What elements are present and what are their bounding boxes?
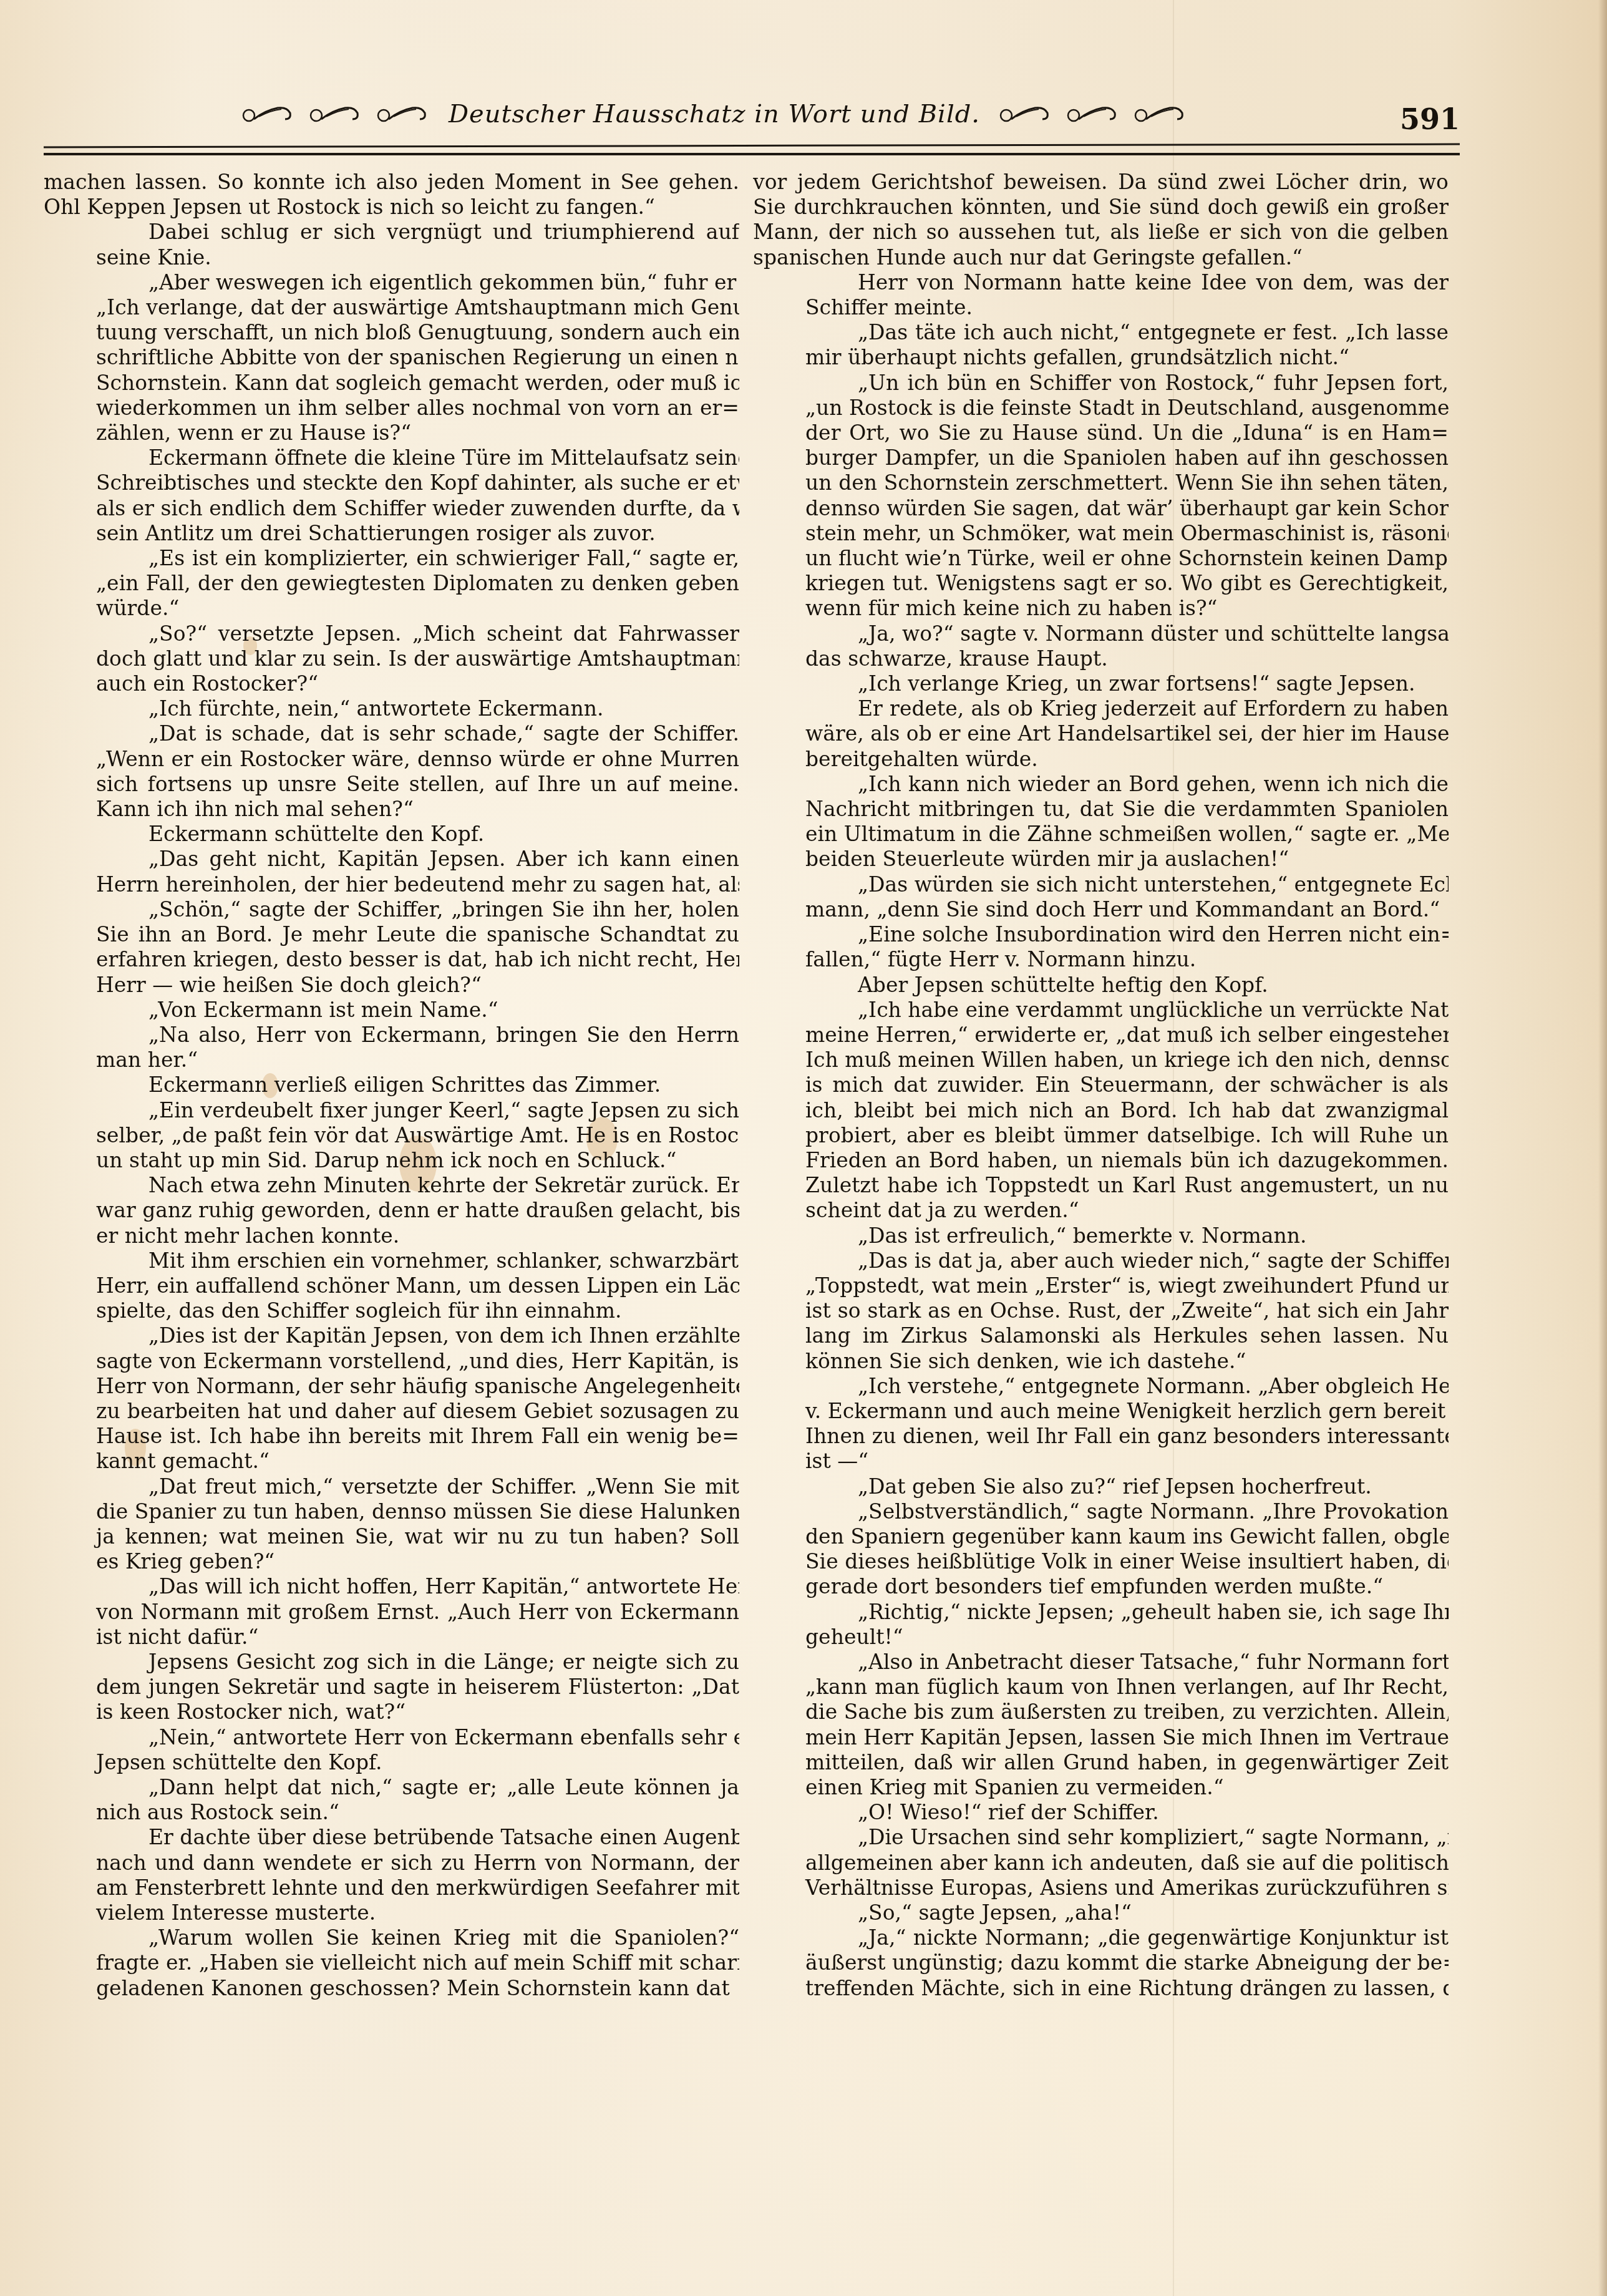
paragraph: „Warum wollen Sie keinen Krieg mit die S… [44, 1925, 739, 2001]
text-line: ein Ultimatum in die Zähne schmeißen wol… [753, 822, 1449, 847]
text-line: mann, „denn Sie sind doch Herr und Komma… [753, 897, 1449, 922]
text-line: Kann ich ihn nich mal sehen?“ [44, 797, 739, 822]
paragraph: machen lassen. So konnte ich also jeden … [44, 170, 739, 220]
text-line: die Spanier zu tun haben, dennso müssen … [44, 1499, 739, 1524]
paragraph: „Die Ursachen sind sehr kompliziert,“ sa… [753, 1825, 1449, 1900]
text-line: Herrn hereinholen, der hier bedeutend me… [44, 872, 739, 897]
text-line: kriegen tut. Wenigstens sagt er so. Wo g… [753, 571, 1449, 596]
text-line: „So,“ sagte Jepsen, „aha!“ [753, 1900, 1449, 1925]
paragraph: „Aber weswegen ich eigentlich gekommen b… [44, 270, 739, 445]
paragraph: Herr von Normann hatte keine Idee von de… [753, 270, 1449, 320]
text-line: Schiffer meinte. [753, 295, 1449, 320]
floral-scroll-ornament-icon [240, 102, 296, 127]
text-line: spanischen Hunde auch nur dat Geringste … [753, 245, 1449, 270]
text-line: Jepsens Gesicht zog sich in die Länge; e… [44, 1650, 739, 1675]
ornament-group-right [998, 102, 1188, 127]
text-line: würde.“ [44, 596, 739, 621]
text-line: von Normann mit großem Ernst. „Auch Herr… [44, 1600, 739, 1625]
paragraph: Er dachte über diese betrübende Tatsache… [44, 1825, 739, 1925]
text-line: Ich muß meinen Willen haben, un kriege i… [753, 1048, 1449, 1073]
paragraph: „Das will ich nicht hoffen, Herr Kapitän… [44, 1574, 739, 1650]
text-line: „Schön,“ sagte der Schiffer, „bringen Si… [44, 897, 739, 922]
text-line: sich fortsens up unsre Seite stellen, au… [44, 772, 739, 797]
paragraph: „Das geht nicht, Kapitän Jepsen. Aber ic… [44, 847, 739, 897]
text-line: burger Dampfer, un die Spaniolen haben a… [753, 445, 1449, 470]
text-line: äußerst ungünstig; dazu kommt die starke… [753, 1950, 1449, 1975]
paragraph: „Na also, Herr von Eckermann, bringen Si… [44, 1023, 739, 1073]
paragraph: „Ich kann nich wieder an Bord gehen, wen… [753, 772, 1449, 872]
text-line: „Richtig,“ nickte Jepsen; „geheult haben… [753, 1600, 1449, 1625]
paragraph: „Das würden sie sich nicht unterstehen,“… [753, 872, 1449, 922]
text-line: mir überhaupt nichts gefallen, grundsätz… [753, 345, 1449, 370]
paragraph: „Von Eckermann ist mein Name.“ [44, 998, 739, 1023]
text-line: „Warum wollen Sie keinen Krieg mit die S… [44, 1925, 739, 1950]
text-line: „Das ist erfreulich,“ bemerkte v. Norman… [753, 1223, 1449, 1248]
text-line: wenn für mich keine nich zu haben is?“ [753, 596, 1449, 621]
text-line: fallen,“ fügte Herr v. Normann hinzu. [753, 947, 1449, 972]
text-line: sagte von Eckermann vorstellend, „und di… [44, 1349, 739, 1374]
text-line: es Krieg geben?“ [44, 1549, 739, 1574]
paragraph: „Selbstverständlich,“ sagte Normann. „Ih… [753, 1499, 1449, 1600]
text-line: „Ich habe eine verdammt unglückliche un … [753, 998, 1449, 1023]
text-line: Dabei schlug er sich vergnügt und triump… [44, 220, 739, 245]
text-line: Sie durchkrauchen könnten, und Sie sünd … [753, 195, 1449, 220]
paragraph: „Richtig,“ nickte Jepsen; „geheult haben… [753, 1600, 1449, 1650]
paragraph: „Ja,“ nickte Normann; „die gegenwärtige … [753, 1925, 1449, 2001]
paragraph: „Ich fürchte, nein,“ antwortete Eckerman… [44, 696, 739, 721]
text-line: Nach etwa zehn Minuten kehrte der Sekret… [44, 1173, 739, 1198]
text-line: „Das täte ich auch nicht,“ entgegnete er… [753, 320, 1449, 345]
page-edge-shadow [1598, 0, 1607, 2296]
text-line: am Fensterbrett lehnte und den merkwürdi… [44, 1875, 739, 1900]
text-line: sein Antlitz um drei Schattierungen rosi… [44, 521, 739, 546]
text-line: zählen, wenn er zu Hause is?“ [44, 421, 739, 445]
text-line: ist so stark as en Ochse. Rust, der „Zwe… [753, 1298, 1449, 1323]
paragraph: „Es ist ein komplizierter, ein schwierig… [44, 546, 739, 621]
text-line: Er redete, als ob Krieg jederzeit auf Er… [753, 696, 1449, 721]
text-line: „Dat is schade, dat is sehr schade,“ sag… [44, 721, 739, 746]
floral-scroll-ornament-icon [375, 102, 431, 127]
text-line: schriftliche Abbitte von der spanischen … [44, 345, 739, 370]
text-line: Schornstein. Kann dat sogleich gemacht w… [44, 371, 739, 396]
text-line: mitteilen, daß wir allen Grund haben, in… [753, 1750, 1449, 1775]
text-line: „Dat freut mich,“ versetzte der Schiffer… [44, 1474, 739, 1499]
text-line: erfahren kriegen, desto besser is dat, h… [44, 947, 739, 972]
paragraph: vor jedem Gerichtshof beweisen. Da sünd … [753, 170, 1449, 270]
text-line: zu bearbeiten hat und daher auf diesem G… [44, 1399, 739, 1424]
paragraph: „Dies ist der Kapitän Jepsen, von dem ic… [44, 1323, 739, 1474]
text-line: Herr, ein auffallend schöner Mann, um de… [44, 1273, 739, 1298]
header-title-row: Deutscher Hausschatz in Wort und Bild. [44, 100, 1385, 129]
text-line: bereitgehalten würde. [753, 747, 1449, 772]
text-line: Zuletzt habe ich Toppstedt un Karl Rust … [753, 1173, 1449, 1198]
text-line: lang im Zirkus Salamonski als Herkules s… [753, 1323, 1449, 1348]
text-line: „Ich kann nich wieder an Bord gehen, wen… [753, 772, 1449, 797]
text-line: Verhältnisse Europas, Asiens und Amerika… [753, 1875, 1449, 1900]
text-line: als er sich endlich dem Schiffer wieder … [44, 496, 739, 521]
text-line: „Ein verdeubelt fixer junger Keerl,“ sag… [44, 1098, 739, 1123]
text-line: is mich dat zuwider. Ein Steuermann, der… [753, 1073, 1449, 1097]
text-line: ist —“ [753, 1449, 1449, 1474]
paragraph: „Ich habe eine verdammt unglückliche un … [753, 998, 1449, 1223]
text-line: „Wenn er ein Rostocker wäre, dennso würd… [44, 747, 739, 772]
text-line: seine Knie. [44, 245, 739, 270]
floral-scroll-ornament-icon [1065, 102, 1121, 127]
text-line: man her.“ [44, 1048, 739, 1073]
paragraph: Eckermann öffnete die kleine Türe im Mit… [44, 445, 739, 546]
text-line: mein Herr Kapitän Jepsen, lassen Sie mic… [753, 1725, 1449, 1750]
text-line: treffenden Mächte, sich in eine Richtung… [753, 1976, 1449, 2001]
text-line: „Also in Anbetracht dieser Tatsache,“ fu… [753, 1650, 1449, 1675]
text-line: „O! Wieso!“ rief der Schiffer. [753, 1800, 1449, 1825]
text-line: das schwarze, krause Haupt. [753, 646, 1449, 671]
text-line: „Aber weswegen ich eigentlich gekommen b… [44, 270, 739, 295]
text-line: Jepsen schüttelte den Kopf. [44, 1750, 739, 1775]
text-line: „Selbstverständlich,“ sagte Normann. „Ih… [753, 1499, 1449, 1524]
text-line: Mann, der nich so aussehen tut, als ließ… [753, 220, 1449, 245]
text-line: geheult!“ [753, 1625, 1449, 1650]
text-line: „Ja,“ nickte Normann; „die gegenwärtige … [753, 1925, 1449, 1950]
floral-scroll-ornament-icon [998, 102, 1054, 127]
text-line: Nachricht mitbringen tu, dat Sie die ver… [753, 797, 1449, 822]
paragraph: „So,“ sagte Jepsen, „aha!“ [753, 1900, 1449, 1925]
text-line: machen lassen. So konnte ich also jeden … [44, 170, 739, 195]
floral-scroll-ornament-icon [1132, 102, 1188, 127]
paragraph: „Das is dat ja, aber auch wieder nich,“ … [753, 1248, 1449, 1374]
text-line: war ganz ruhig geworden, denn er hatte d… [44, 1198, 739, 1223]
paragraph: Aber Jepsen schüttelte heftig den Kopf. [753, 973, 1449, 998]
paragraph: „Eine solche Insubordination wird den He… [753, 922, 1449, 972]
text-line: vor jedem Gerichtshof beweisen. Da sünd … [753, 170, 1449, 195]
text-line: „Ich verstehe,“ entgegnete Normann. „Abe… [753, 1374, 1449, 1399]
text-line: „Das is dat ja, aber auch wieder nich,“ … [753, 1248, 1449, 1273]
text-line: spielte, das den Schiffer sogleich für i… [44, 1298, 739, 1323]
header-rule-thick [44, 153, 1460, 155]
text-line: vielem Interesse musterte. [44, 1900, 739, 1925]
paragraph: „Ich verlange Krieg, un zwar fortsens!“ … [753, 671, 1449, 696]
text-line: „Na also, Herr von Eckermann, bringen Si… [44, 1023, 739, 1048]
publication-title: Deutscher Hausschatz in Wort und Bild. [449, 100, 980, 129]
text-line: „Dies ist der Kapitän Jepsen, von dem ic… [44, 1323, 739, 1348]
text-line: Aber Jepsen schüttelte heftig den Kopf. [753, 973, 1449, 998]
text-line: der Ort, wo Sie zu Hause sünd. Un die „I… [753, 421, 1449, 445]
text-line: beiden Steuerleute würden mir ja auslach… [753, 847, 1449, 872]
paragraph: „Das ist erfreulich,“ bemerkte v. Norman… [753, 1223, 1449, 1248]
text-line: Ihnen zu dienen, weil Ihr Fall ein ganz … [753, 1424, 1449, 1449]
text-line: „Die Ursachen sind sehr kompliziert,“ sa… [753, 1825, 1449, 1850]
text-line: dem jungen Sekretär und sagte in heisere… [44, 1675, 739, 1700]
paragraph: „Dann helpt dat nich,“ sagte er; „alle L… [44, 1775, 739, 1825]
text-line: können Sie sich denken, wie ich dastehe.… [753, 1349, 1449, 1374]
text-line: „Nein,“ antwortete Herr von Eckermann eb… [44, 1725, 739, 1750]
text-line: Frieden an Bord haben, un niemals bün ic… [753, 1148, 1449, 1173]
text-line: auch ein Rostocker?“ [44, 671, 739, 696]
paragraph: „Nein,“ antwortete Herr von Eckermann eb… [44, 1725, 739, 1775]
paragraph: „Ich verstehe,“ entgegnete Normann. „Abe… [753, 1374, 1449, 1474]
text-line: probiert, aber es bleibt ümmer datselbig… [753, 1123, 1449, 1148]
text-line: die Sache bis zum äußersten zu treiben, … [753, 1700, 1449, 1724]
text-line: „Ich fürchte, nein,“ antwortete Eckerman… [44, 696, 739, 721]
text-line: gerade dort besonders tief empfunden wer… [753, 1574, 1449, 1599]
text-line: „Ja, wo?“ sagte v. Normann düster und sc… [753, 621, 1449, 646]
text-line: Herr von Normann hatte keine Idee von de… [753, 270, 1449, 295]
text-line: er nicht mehr lachen konnte. [44, 1223, 739, 1248]
text-line: nich aus Rostock sein.“ [44, 1800, 739, 1825]
paragraph: Jepsens Gesicht zog sich in die Länge; e… [44, 1650, 739, 1725]
text-line: selber, „de paßt fein vör dat Auswärtige… [44, 1123, 739, 1148]
text-line: scheint dat ja zu werden.“ [753, 1198, 1449, 1223]
text-line: stein mehr, un Schmöker, wat mein Oberma… [753, 521, 1449, 546]
text-line: Schreibtisches und steckte den Kopf dahi… [44, 470, 739, 495]
text-line: „Toppstedt, wat mein „Erster“ is, wiegt … [753, 1273, 1449, 1298]
text-line: ja kennen; wat meinen Sie, wat wir nu zu… [44, 1524, 739, 1549]
text-line: „Es ist ein komplizierter, ein schwierig… [44, 546, 739, 571]
text-line: geladenen Kanonen geschossen? Mein Schor… [44, 1976, 739, 2001]
text-line: Mit ihm erschien ein vornehmer, schlanke… [44, 1248, 739, 1273]
paragraph: „Ja, wo?“ sagte v. Normann düster und sc… [753, 621, 1449, 671]
text-line: fragte er. „Haben sie vielleicht nich au… [44, 1950, 739, 1975]
text-line: Herr von Normann, der sehr häufig spanis… [44, 1374, 739, 1399]
header-rule-thin [44, 143, 1460, 148]
text-line: „kann man füglich kaum von Ihnen verlang… [753, 1675, 1449, 1700]
text-line: den Spaniern gegenüber kann kaum ins Gew… [753, 1524, 1449, 1549]
running-header: Deutscher Hausschatz in Wort und Bild. 5… [44, 94, 1460, 156]
text-line: „Eine solche Insubordination wird den He… [753, 922, 1449, 947]
text-line: Sie ihn an Bord. Je mehr Leute die spani… [44, 922, 739, 947]
text-line: „Ich verlange Krieg, un zwar fortsens!“ … [753, 671, 1449, 696]
text-line: un staht up min Sid. Darup nehm ick noch… [44, 1148, 739, 1173]
paragraph: Nach etwa zehn Minuten kehrte der Sekret… [44, 1173, 739, 1248]
paragraph: Er redete, als ob Krieg jederzeit auf Er… [753, 696, 1449, 772]
paragraph: „Das täte ich auch nicht,“ entgegnete er… [753, 320, 1449, 370]
paragraph: „Schön,“ sagte der Schiffer, „bringen Si… [44, 897, 739, 998]
text-line: un den Schornstein zerschmettert. Wenn S… [753, 470, 1449, 495]
text-line: allgemeinen aber kann ich andeuten, daß … [753, 1851, 1449, 1875]
text-line: Herr — wie heißen Sie doch gleich?“ [44, 973, 739, 998]
paragraph: Eckermann verließ eiligen Schrittes das … [44, 1073, 739, 1097]
paragraph: „O! Wieso!“ rief der Schiffer. [753, 1800, 1449, 1825]
text-line: „Un ich bün en Schiffer von Rostock,“ fu… [753, 371, 1449, 396]
paragraph: „Ein verdeubelt fixer junger Keerl,“ sag… [44, 1098, 739, 1174]
text-line: nach und dann wendete er sich zu Herrn v… [44, 1851, 739, 1875]
text-line: dennso würden Sie sagen, dat wär’ überha… [753, 496, 1449, 521]
text-line: un flucht wie’n Türke, weil er ohne Scho… [753, 546, 1449, 571]
paragraph: „Dat is schade, dat is sehr schade,“ sag… [44, 721, 739, 822]
text-line: ich, bleibt bei mich nich an Bord. Ich h… [753, 1098, 1449, 1123]
paragraph: „Un ich bün en Schiffer von Rostock,“ fu… [753, 371, 1449, 621]
text-line: kannt gemacht.“ [44, 1449, 739, 1474]
floral-scroll-ornament-icon [308, 102, 364, 127]
text-line: „So?“ versetzte Jepsen. „Mich scheint da… [44, 621, 739, 646]
text-line: tuung verschafft, un nich bloß Genugtuun… [44, 320, 739, 345]
text-line: Er dachte über diese betrübende Tatsache… [44, 1825, 739, 1850]
page-number: 591 [1400, 102, 1460, 136]
ornament-group-left [240, 102, 431, 127]
text-line: Eckermann schüttelte den Kopf. [44, 822, 739, 847]
text-line: ist nicht dafür.“ [44, 1625, 739, 1650]
text-line: Ohl Keppen Jepsen ut Rostock is nich so … [44, 195, 739, 220]
text-line: „un Rostock is die feinste Stadt in Deut… [753, 396, 1449, 421]
text-column-left: machen lassen. So konnte ich also jeden … [44, 170, 739, 2001]
text-line: Sie dieses heißblütige Volk in einer Wei… [753, 1549, 1449, 1574]
text-line: „Das will ich nicht hoffen, Herr Kapitän… [44, 1574, 739, 1599]
text-line: „Ich verlange, dat der auswärtige Amtsha… [44, 295, 739, 320]
text-line: Eckermann verließ eiligen Schrittes das … [44, 1073, 739, 1097]
text-line: Hause ist. Ich habe ihn bereits mit Ihre… [44, 1424, 739, 1449]
text-line: „Dat geben Sie also zu?“ rief Jepsen hoc… [753, 1474, 1449, 1499]
text-line: meine Herren,“ erwiderte er, „dat muß ic… [753, 1023, 1449, 1048]
text-line: doch glatt und klar zu sein. Is der ausw… [44, 646, 739, 671]
paragraph: „Dat freut mich,“ versetzte der Schiffer… [44, 1474, 739, 1575]
text-line: „Das geht nicht, Kapitän Jepsen. Aber ic… [44, 847, 739, 872]
text-line: Eckermann öffnete die kleine Türe im Mit… [44, 445, 739, 470]
text-line: „Das würden sie sich nicht unterstehen,“… [753, 872, 1449, 897]
paragraph: Eckermann schüttelte den Kopf. [44, 822, 739, 847]
paragraph: „Also in Anbetracht dieser Tatsache,“ fu… [753, 1650, 1449, 1800]
paragraph: „Dat geben Sie also zu?“ rief Jepsen hoc… [753, 1474, 1449, 1499]
paragraph: Mit ihm erschien ein vornehmer, schlanke… [44, 1248, 739, 1324]
text-line: is keen Rostocker nich, wat?“ [44, 1700, 739, 1724]
text-line: v. Eckermann und auch meine Wenigkeit he… [753, 1399, 1449, 1424]
text-line: wäre, als ob er eine Art Handelsartikel … [753, 721, 1449, 746]
text-line: „Von Eckermann ist mein Name.“ [44, 998, 739, 1023]
paragraph: Dabei schlug er sich vergnügt und triump… [44, 220, 739, 270]
text-line: einen Krieg mit Spanien zu vermeiden.“ [753, 1775, 1449, 1800]
text-line: wiederkommen un ihm selber alles nochmal… [44, 396, 739, 421]
text-line: „ein Fall, der den gewiegtesten Diplomat… [44, 571, 739, 596]
text-column-right: vor jedem Gerichtshof beweisen. Da sünd … [753, 170, 1449, 2001]
text-line: „Dann helpt dat nich,“ sagte er; „alle L… [44, 1775, 739, 1800]
paragraph: „So?“ versetzte Jepsen. „Mich scheint da… [44, 621, 739, 697]
